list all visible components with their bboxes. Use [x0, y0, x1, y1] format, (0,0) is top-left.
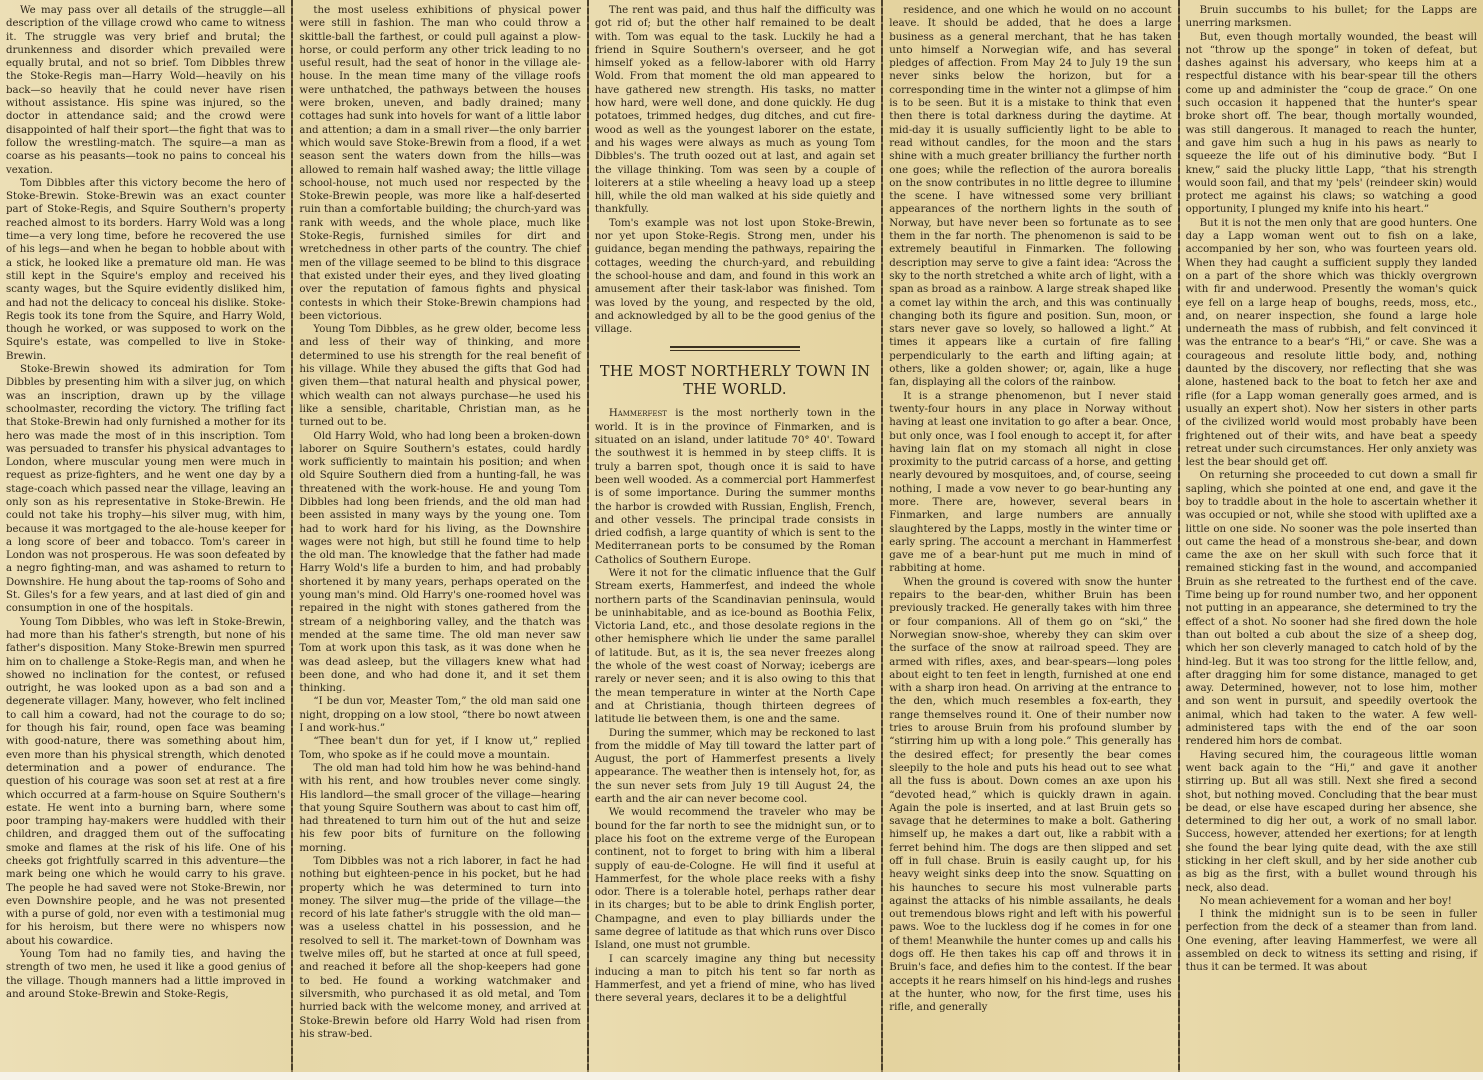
paragraph: I can scarcely imagine any thing but nec…: [595, 953, 875, 1006]
paragraph: Having secured him, the courageous littl…: [1186, 749, 1477, 895]
paragraph: The old man had told him how he was behi…: [299, 762, 580, 855]
paragraph: The rent was paid, and thus half the dif…: [595, 4, 875, 217]
paragraph: Young Tom Dibbles, as he grew older, bec…: [299, 323, 580, 429]
paragraph: Hammerfest is the most northerly town in…: [595, 407, 875, 567]
paragraph: the most useless exhibitions of physical…: [299, 4, 580, 323]
newspaper-page: We may pass over all details of the stru…: [0, 0, 1483, 1080]
lead-text: is the most northerly town in the world.…: [595, 408, 875, 565]
paragraph: But, even though mortally wounded, the b…: [1186, 31, 1477, 217]
paragraph: During the summer, which may be reckoned…: [595, 727, 875, 807]
scan-margin: [0, 1072, 1483, 1080]
paragraph: On returning she proceeded to cut down a…: [1186, 469, 1477, 748]
paragraph: Were it not for the climatic influence t…: [595, 567, 875, 727]
column-4: residence, and one which he would on no …: [883, 0, 1177, 1072]
paragraph: Tom Dibbles was not a rich laborer, in f…: [299, 855, 580, 1041]
paragraph: Tom Dibbles after this victory become th…: [6, 177, 285, 363]
article-divider: [670, 346, 800, 351]
paragraph: residence, and one which he would on no …: [889, 4, 1171, 390]
paragraph: “Thee bean't dun for yet, if I know ut,”…: [299, 735, 580, 762]
paragraph: Young Tom had no family ties, and having…: [6, 948, 285, 1001]
column-3: The rent was paid, and thus half the dif…: [589, 0, 881, 1072]
column-1: We may pass over all details of the stru…: [0, 0, 291, 1072]
paragraph: No mean achievement for a woman and her …: [1186, 895, 1477, 908]
paragraph: But it is not the men only that are good…: [1186, 217, 1477, 470]
paragraph: Stoke-Brewin showed its admiration for T…: [6, 363, 285, 616]
paragraph: When the ground is covered with snow the…: [889, 576, 1171, 1015]
column-2: the most useless exhibitions of physical…: [293, 0, 586, 1072]
paragraph: Bruin succumbs to his bullet; for the La…: [1186, 4, 1477, 31]
paragraph: Old Harry Wold, who had long been a brok…: [299, 430, 580, 696]
paragraph: We would recommend the traveler who may …: [595, 806, 875, 952]
lead-word: Hammerfest: [609, 408, 667, 419]
paragraph: “I be dun vor, Measter Tom,” the old man…: [299, 695, 580, 735]
paragraph: It is a strange phenomenon, but I never …: [889, 390, 1171, 576]
paragraph: I think the midnight sun is to be seen i…: [1186, 908, 1477, 974]
paragraph: Tom's example was not lost upon Stoke-Br…: [595, 217, 875, 337]
column-5: Bruin succumbs to his bullet; for the La…: [1180, 0, 1483, 1072]
paragraph: We may pass over all details of the stru…: [6, 4, 285, 177]
paragraph: Young Tom Dibbles, who was left in Stoke…: [6, 616, 285, 948]
article-headline: THE MOST NORTHERLY TOWN IN THE WORLD.: [595, 363, 875, 399]
